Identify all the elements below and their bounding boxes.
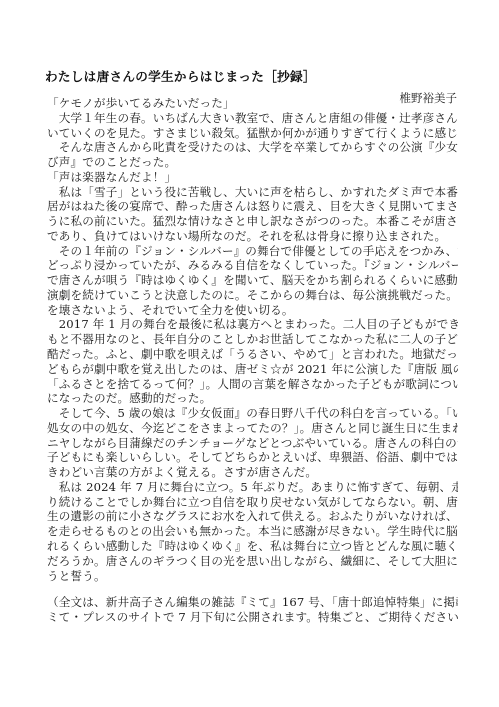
body-line: 2017 年 1 月の舞台を最後に私は裏方へとまわった。二人目の子どもができたの… <box>47 317 458 332</box>
body-line: 「ケモノが歩いてるみたいだった」 <box>47 96 458 111</box>
body-line: うに私の前にいた。猛烈な情けなさと申し訳なさがつのった。本番こそが唐さんの勝負の… <box>47 214 458 229</box>
body-line: 「ふるさとを捨てるって何？」。人間の言葉を解さなかった子どもが歌詞について訊くよ… <box>47 377 458 392</box>
body-line: 「声は楽器なんだよ！」 <box>47 170 458 185</box>
body-line: きわどい言葉の方がよく覚える。さすが唐さんだ。 <box>47 465 458 480</box>
body-line: 生の遺影の前に小さなグラスにお水を入れて供える。おふたりがいなければ、こんなに自… <box>47 509 458 524</box>
body-line: だろうか。唐さんのギラつく目の光を思い出しながら、繊細に、そして大胆に舞台を務め… <box>47 554 458 569</box>
body-line: で唐さんが唄う『時はゆくゆく』を聞いて、脳天をかち割られるくらいに感動し、このま… <box>47 273 458 288</box>
body-line: であり、負けてはいけない場所なのだ。それを私は骨身に擦り込まされた。 <box>47 229 458 244</box>
body-line: そんな唐さんから叱責を受けたのは、大学を卒業してからすぐの公演『少女都市からの呼 <box>47 140 458 155</box>
publication-note: （全文は、新井高子さん編集の雑誌『ミて』167 号、「唐十郎追悼特集」に掲載。そ… <box>47 595 458 625</box>
body-line: を壊さないよう、それでいて全力を使い切る。 <box>47 303 458 318</box>
body-line: そして今、5 歳の娘は『少女仮面』の春日野八千代の科白を言っている。「いいわ、お… <box>47 406 458 421</box>
body-line: 処女の中の処女、今迄どこをさまよってたの？」。唐さんと同じ誕生日に生まれた娘はニ… <box>47 421 458 436</box>
body-line: どっぷり浸かっていたが、みるみる自信をなくしていった。『ジョン・シルバー』での宴… <box>47 258 458 273</box>
article-body: 「ケモノが歩いてるみたいだった」 大学１年生の春。いちばん大きい教室で、唐さんと… <box>47 96 458 625</box>
body-line: その１年前の『ジョン・シルバー』の舞台で俳優としての手応えをつかみ、演劇の魅力に <box>47 244 458 259</box>
body-line: ニヤしながら目蒲線だのチンチョーゲなどとつぶやいている。唐さんの科白の音やリズム… <box>47 436 458 451</box>
body-line: 私は「雪子」という役に苦戦し、大いに声を枯らし、かすれたダミ声で本番を迎えた。芝 <box>47 185 458 200</box>
body-line: うと誓う。 <box>47 569 458 584</box>
body-line: 演劇を続けていこうと決意したのに。そこからの舞台は、毎公演挑戦だった。声という楽… <box>47 288 458 303</box>
body-line: もと不器用なのと、長年自分のことしかお世話してこなかった私に二人の子どもの育児は… <box>47 332 458 347</box>
body-line: 子どもにも楽しいらしい。そしてどちらかとえいば、卑猥語、俗語、劇中では春日野が嫌… <box>47 450 458 465</box>
body-line: れるくらい感動した『時はゆくゆく』を、私は舞台に立つ皆とどんな風に聴くことになる… <box>47 539 458 554</box>
body-line: いていくのを見た。すさまじい殺気。猛獣か何かが通りすぎて行くように感じた。 <box>47 126 458 141</box>
body-line: 大学１年生の春。いちばん大きい教室で、唐さんと唐組の俳優・辻孝彦さんが教壇まで歩 <box>47 111 458 126</box>
body-line: 酷だった。ふと、劇中歌を唄えば「うるさい、やめて」と言われた。地獄だった。そんな… <box>47 347 458 362</box>
note-line: （全文は、新井高子さん編集の雑誌『ミて』167 号、「唐十郎追悼特集」に掲載。そ… <box>47 595 458 610</box>
body-line: 私は 2024 年 7 月に舞台に立つ。5 年ぶりだ。あまりに怖すぎて、毎朝、走… <box>47 480 458 495</box>
body-line: どもらが劇中歌を覚え出したのは、唐ゼミ☆が 2021 年に公演した『唐版 風の又… <box>47 362 458 377</box>
body-line: になったのだ。感動的だった。 <box>47 391 458 406</box>
note-line: ミて・プレスのサイトで 7 月下旬に公開されます。特集ごと、ご期待ください。） <box>47 610 458 625</box>
article-title: わたしは唐さんの学生からはじまった［抄録］ <box>45 66 316 85</box>
body-line: び声』でのことだった。 <box>47 155 458 170</box>
body-line: を走らせるものとの出会いも無かった。本当に感謝が尽きない。学生時代に脳天をかち割… <box>47 524 458 539</box>
body-line: 居がはねた後の宴席で、酔った唐さんは怒りに震え、目を大きく見開いてまさにケモノの… <box>47 199 458 214</box>
body-line: り続けることでしか舞台に立つ自信を取り戻せない気がしてならない。朝、唐さんと室井… <box>47 495 458 510</box>
